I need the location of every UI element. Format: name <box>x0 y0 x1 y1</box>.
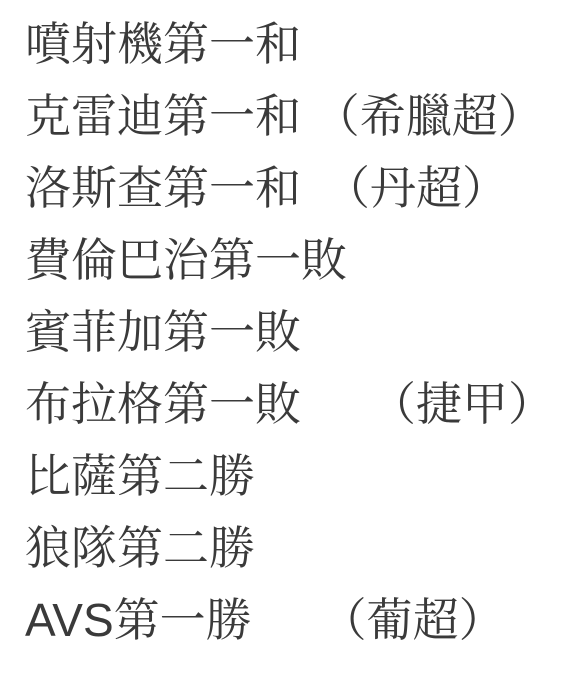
team-result-text: 克雷迪第一和 <box>25 90 301 142</box>
result-line: AVS第一勝 （葡超） <box>25 584 570 656</box>
team-result-text: 洛斯查第一和 <box>25 162 301 214</box>
result-line: 洛斯查第一和 （丹超） <box>25 152 570 224</box>
league-tag: （捷甲） <box>301 378 554 430</box>
result-line: 比薩第二勝 <box>25 440 570 512</box>
team-result-text: 狼隊第二勝 <box>25 522 255 574</box>
team-result-text: 噴射機第一和 <box>25 18 301 70</box>
result-line: 費倫巴治第一敗 <box>25 224 570 296</box>
team-result-text: 布拉格第一敗 <box>25 378 301 430</box>
result-line: 克雷迪第一和 （希臘超） <box>25 80 570 152</box>
result-line: 噴射機第一和 <box>25 8 570 80</box>
team-result-text: 比薩第二勝 <box>25 450 255 502</box>
result-line: 賓菲加第一敗 <box>25 296 570 368</box>
league-tag: （葡超） <box>252 594 505 646</box>
team-result-text: 賓菲加第一敗 <box>25 306 301 358</box>
team-result-text: AVS第一勝 <box>25 594 252 646</box>
notes-page: 噴射機第一和 克雷迪第一和 （希臘超） 洛斯查第一和 （丹超） 費倫巴治第一敗 … <box>0 0 575 679</box>
team-result-text: 費倫巴治第一敗 <box>25 234 347 286</box>
result-line: 狼隊第二勝 <box>25 512 570 584</box>
league-tag: （希臘超） <box>301 90 544 142</box>
league-tag: （丹超） <box>301 162 508 214</box>
result-line: 布拉格第一敗 （捷甲） <box>25 368 570 440</box>
